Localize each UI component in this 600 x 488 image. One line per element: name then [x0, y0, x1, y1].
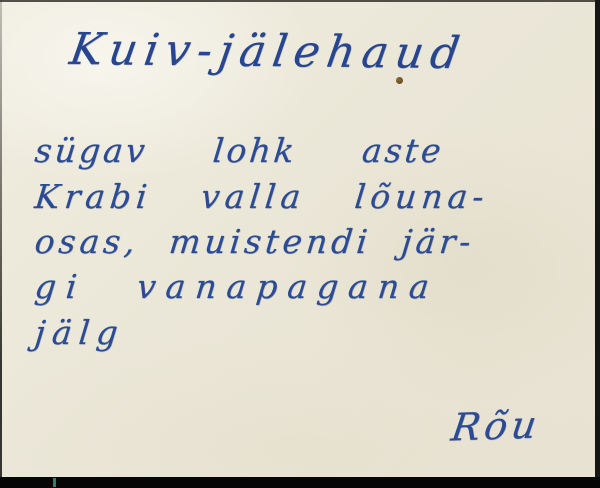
handwritten-line-1: sügav lohk aste — [33, 131, 446, 170]
card-title: Kuiv-jälehaud — [66, 24, 469, 79]
top-scan-edge — [0, 0, 600, 2]
handwritten-line-2: Krabi valla lõuna- — [33, 177, 491, 216]
ink-stain-dot — [396, 77, 403, 84]
handwritten-line-3: osas, muistendi jär- — [33, 222, 477, 261]
left-scan-edge — [0, 0, 2, 488]
archive-card: Kuiv-jälehaud sügav lohk aste Krabi vall… — [0, 0, 600, 488]
handwritten-line-5: jälg — [33, 313, 127, 352]
right-scan-edge — [595, 0, 600, 488]
signature: Rõu — [449, 402, 544, 449]
teal-mark — [53, 478, 56, 487]
handwritten-line-4: gi vanapagana — [33, 267, 441, 306]
bottom-scan-edge — [0, 477, 600, 488]
